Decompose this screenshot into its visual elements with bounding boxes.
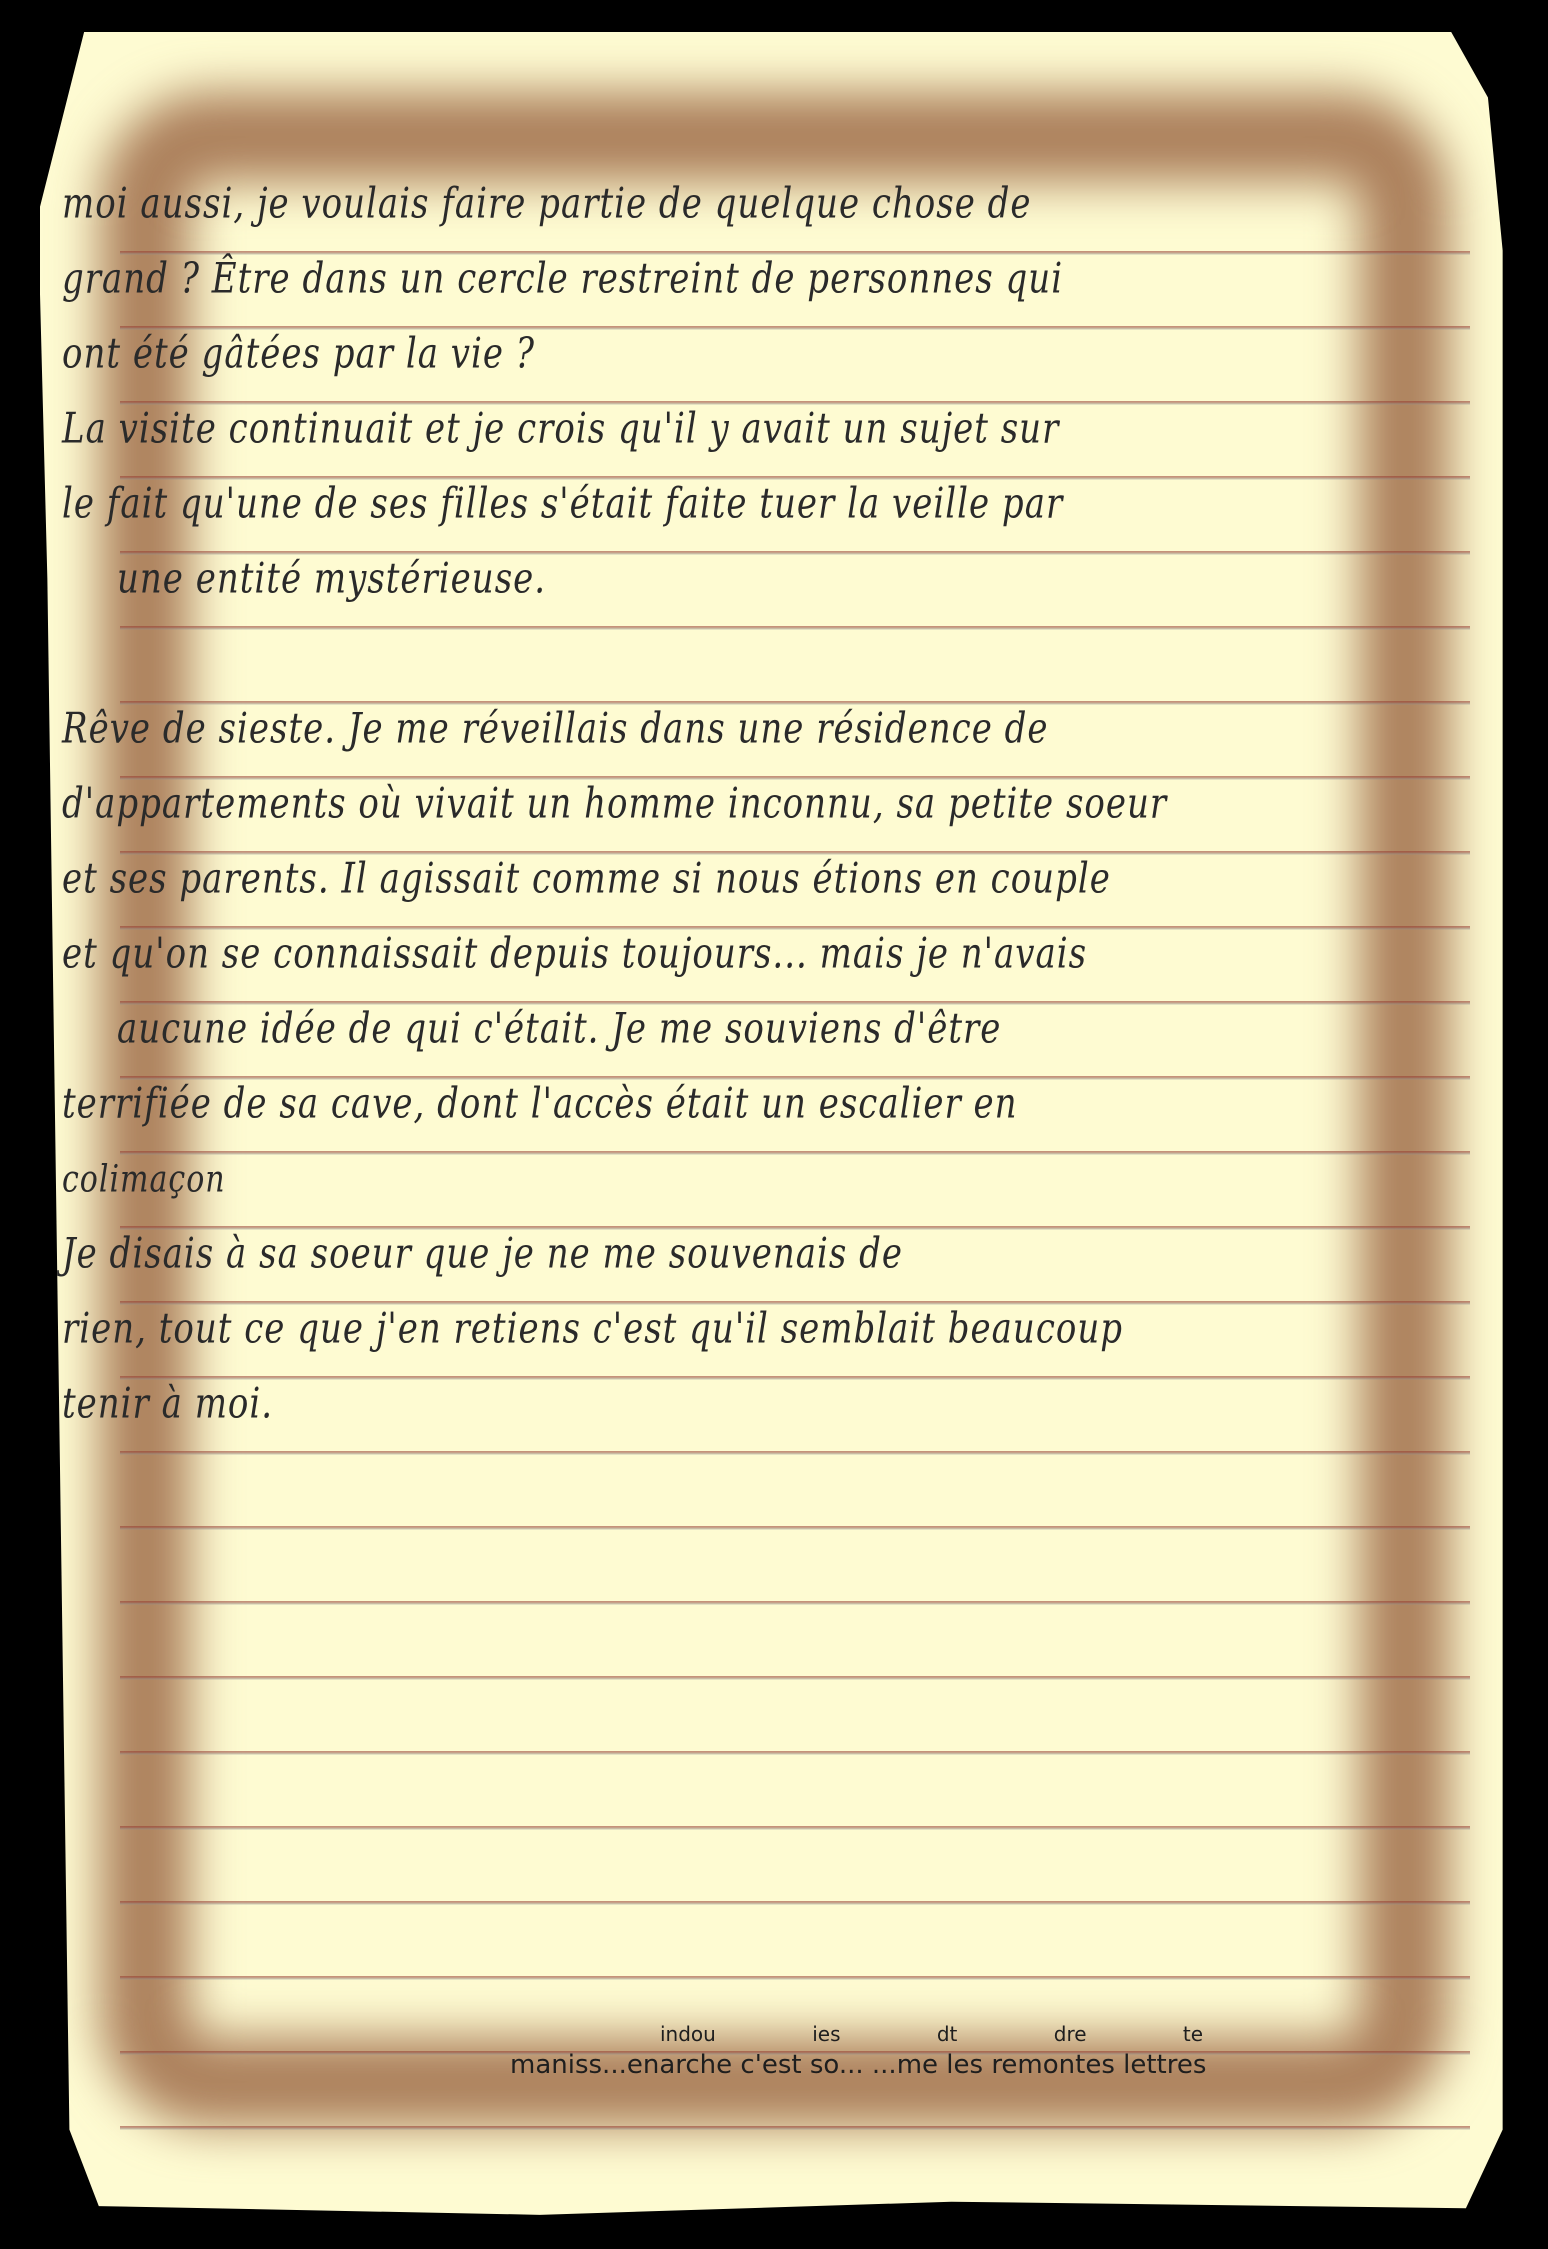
footer-scribble-lower: maniss...enarche c'est so... ...me les r… [510,2050,1490,2080]
scribble-word: dre [1054,2022,1087,2046]
paragraph-gap [62,617,1470,692]
scribble-word: ies [812,2022,840,2046]
notebook-page: moi aussi, je voulais faire partie de qu… [40,32,1510,2217]
handwritten-text: moi aussi, je voulais faire partie de qu… [62,167,1470,1442]
paragraph-3: Rêve de sieste. Je me réveillais dans un… [62,692,1470,1217]
scribble-word: te [1183,2022,1203,2046]
text-line: tenir à moi. [62,1358,1470,1452]
footer-scribble-upper: indou ies dt dre te [660,2022,1203,2046]
paragraph-1: moi aussi, je voulais faire partie de qu… [62,167,1470,392]
scribble-word: dt [937,2022,958,2046]
scribble-word: indou [660,2022,716,2046]
paragraph-2: La visite continuait et je crois qu'il y… [62,392,1470,617]
paragraph-4: Je disais à sa soeur que je ne me souven… [62,1217,1470,1442]
text-line: une entité mystérieuse. [62,533,1470,627]
